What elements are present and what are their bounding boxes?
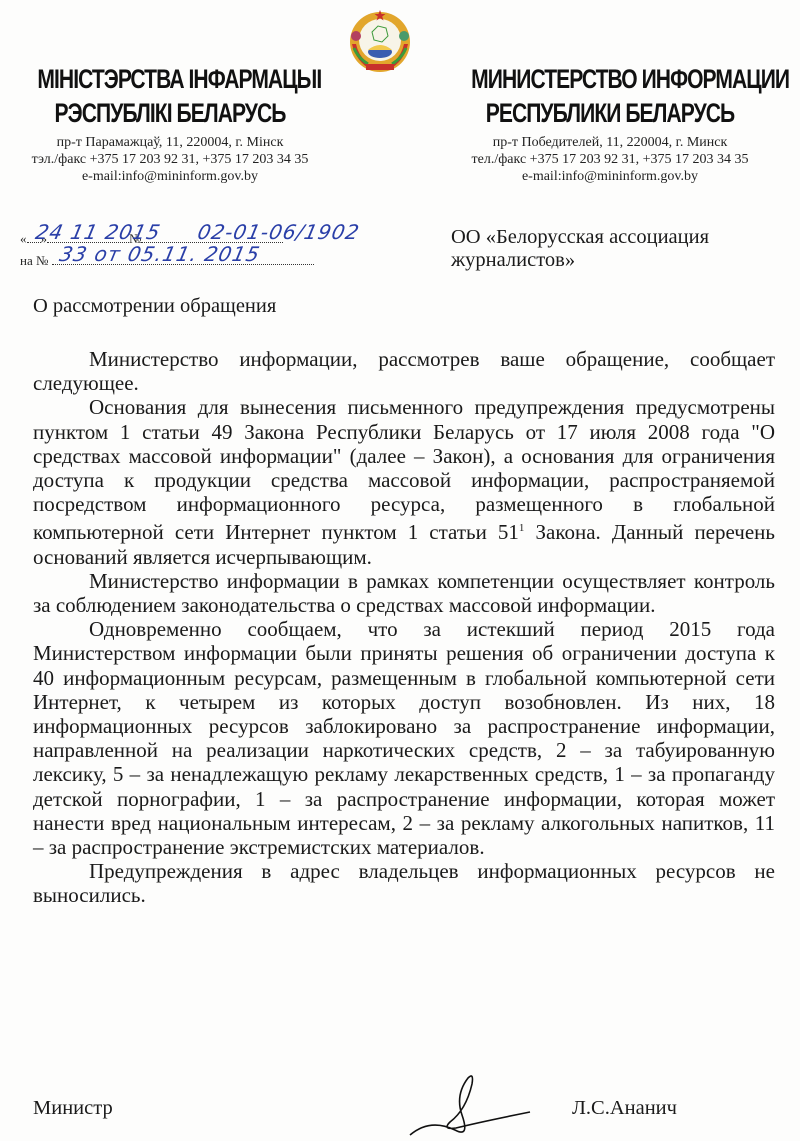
handwritten-date: 24 11 2015 bbox=[33, 220, 163, 244]
paragraph-3: Министерство информации в рамках компете… bbox=[33, 569, 775, 617]
subject-line: О рассмотрении обращения bbox=[33, 295, 276, 318]
header-belarusian: МІНІСТЭРСТВА ІНФАРМАЦЫІ РЭСПУБЛІКІ БЕЛАР… bbox=[0, 62, 340, 185]
paragraph-2: Основания для вынесения письменного пред… bbox=[33, 395, 775, 568]
signatory-position: Министр bbox=[33, 1097, 113, 1120]
ministry-name-ru-line1: МИНИСТЕРСТВО ИНФОРМАЦИИ bbox=[471, 62, 749, 96]
phone-ru: тел./факс +375 17 203 92 31, +375 17 203… bbox=[432, 151, 788, 168]
reply-label: на № bbox=[20, 253, 48, 268]
handwritten-number: 02-01-06/1902 bbox=[195, 220, 362, 244]
paragraph-4: Одновременно сообщаем, что за истекший п… bbox=[33, 617, 775, 859]
reply-number-line: на № 33 от 05.11. 2015 bbox=[20, 250, 314, 272]
header-russian: МИНИСТЕРСТВО ИНФОРМАЦИИ РЕСПУБЛИКИ БЕЛАР… bbox=[432, 62, 788, 185]
handwritten-signature-icon bbox=[400, 1070, 540, 1141]
address-ru: пр-т Победителей, 11, 220004, г. Минск bbox=[432, 134, 788, 151]
handwritten-reply-ref: 33 от 05.11. 2015 bbox=[57, 242, 262, 266]
addressee-line1: ОО «Белорусская ассоциация bbox=[451, 226, 709, 249]
phone-be: тэл./факс +375 17 203 92 31, +375 17 203… bbox=[0, 151, 340, 168]
letter-body: Министерство информации, рассмотрев ваше… bbox=[33, 347, 775, 908]
ministry-name-be-line2: РЭСПУБЛІКІ БЕЛАРУСЬ bbox=[37, 96, 302, 130]
ministry-name-be-line1: МІНІСТЭРСТВА ІНФАРМАЦЫІ bbox=[37, 62, 302, 96]
email-ru: e-mail:info@mininform.gov.by bbox=[432, 168, 788, 185]
ministry-name-ru-line2: РЕСПУБЛИКИ БЕЛАРУСЬ bbox=[471, 96, 749, 130]
paragraph-5: Предупреждения в адрес владельцев информ… bbox=[33, 859, 775, 907]
addressee: ОО «Белорусская ассоциация журналистов» bbox=[451, 226, 709, 272]
email-be: e-mail:info@mininform.gov.by bbox=[0, 168, 340, 185]
state-emblem-icon bbox=[342, 4, 418, 76]
registration-block: «»№ 24 11 2015 02-01-06/1902 на № 33 от … bbox=[20, 228, 314, 272]
addressee-line2: журналистов» bbox=[451, 249, 709, 272]
address-be: пр-т Парамажцаў, 11, 220004, г. Мінск bbox=[0, 134, 340, 151]
paragraph-1: Министерство информации, рассмотрев ваше… bbox=[33, 347, 775, 395]
signatory-name: Л.С.Ананич bbox=[572, 1097, 677, 1120]
